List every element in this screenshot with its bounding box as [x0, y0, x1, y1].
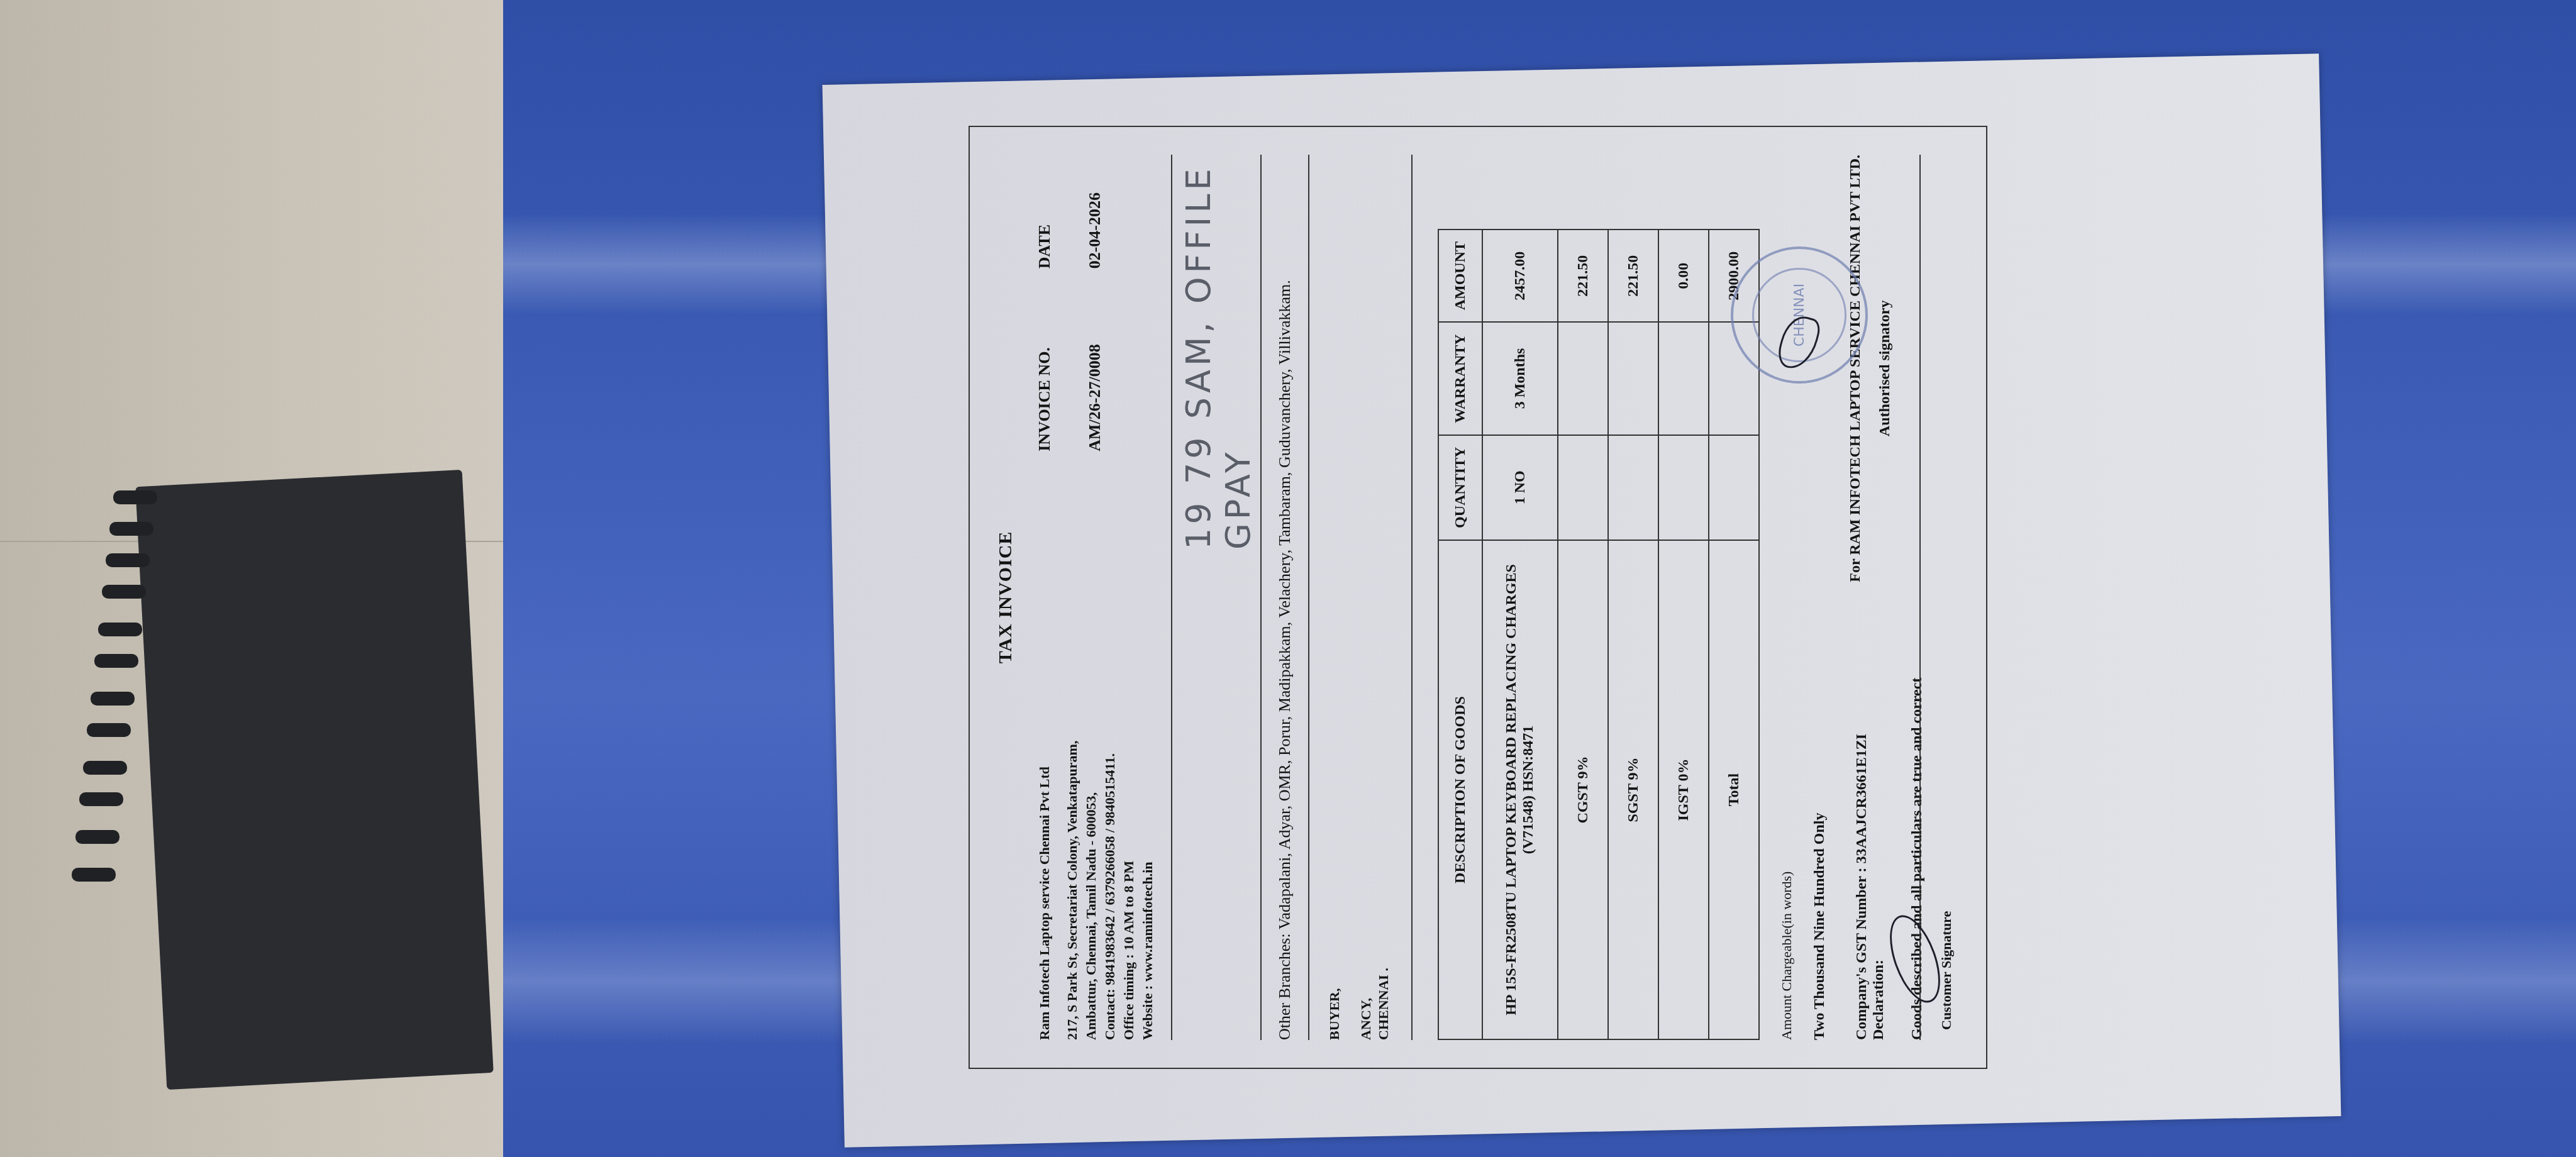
cell-quantity: [1558, 435, 1608, 540]
buyer-name: ANCY,: [1357, 155, 1375, 1040]
table-header-row: DESCRIPTION OF GOODS QUANTITY WARRANTY A…: [1438, 230, 1482, 1039]
mat-fringe: [106, 553, 150, 567]
company-address-1: 217, S Park St, Secretariat Colony, Venk…: [1063, 741, 1082, 1040]
gst-number: Company's GST Number : 33AAJCR3661E1ZI: [1853, 678, 1870, 1040]
invoice-page: TAX INVOICE Ram Infotech Laptop service …: [969, 126, 1924, 1132]
cell-description: IGST 0%: [1658, 540, 1709, 1039]
company-block: Ram Infotech Laptop service Chennai Pvt …: [1035, 741, 1157, 1040]
mat-fringe: [79, 792, 123, 806]
cell-amount: 221.50: [1608, 230, 1658, 322]
invoice-date-block: DATE 02-04-2026: [1035, 192, 1157, 268]
cell-amount: 221.50: [1558, 230, 1608, 322]
for-company: For RAM INFOTECH LAPTOP SERVICE CHENNAI …: [1847, 155, 1864, 582]
cell-description: CGST 9%: [1558, 540, 1608, 1039]
cell-warranty: [1658, 322, 1709, 435]
mat-fringe: [113, 490, 157, 504]
company-website: Website : www.raminfotech.in: [1138, 741, 1157, 1040]
buyer-label: BUYER,: [1326, 155, 1343, 1040]
invoice-date-label: DATE: [1035, 192, 1054, 268]
company-contact: Contact: 9841983642 / 6379266058 / 98405…: [1101, 741, 1119, 1040]
invoice-number-block: INVOICE NO. AM/26-27/0008: [1035, 344, 1157, 451]
company-name: Ram Infotech Laptop service Chennai Pvt …: [1035, 741, 1054, 1040]
invoice-meta: INVOICE NO. AM/26-27/0008 DATE 02-04-202…: [1035, 192, 1157, 451]
header-description: DESCRIPTION OF GOODS: [1438, 540, 1482, 1039]
cell-quantity: [1608, 435, 1658, 540]
invoice-number-label: INVOICE NO.: [1035, 344, 1054, 451]
other-branches: Other Branches: Vadapalani, Adyar, OMR, …: [1260, 155, 1309, 1040]
buyer-block: BUYER, ANCY, CHENNAI .: [1309, 155, 1413, 1040]
company-office-timing: Office timing : 10 AM to 8 PM: [1119, 741, 1138, 1040]
authorised-signatory: Authorised signatory: [1877, 155, 1894, 582]
cell-quantity: [1709, 435, 1759, 540]
mat-fringe: [91, 692, 135, 706]
signature-divider: [1919, 155, 1921, 1040]
cell-amount: 0.00: [1658, 230, 1709, 322]
table-row: SGST 9% 221.50: [1608, 230, 1658, 1039]
table-row: HP 15S-FR2508TU LAPTOP KEYBOARD REPLACIN…: [1482, 230, 1558, 1039]
mat-fringe: [75, 830, 119, 844]
mat-fringe: [102, 585, 146, 599]
company-address-2: Ambattur, Chennai, Tamil Nadu - 600053,: [1082, 741, 1101, 1040]
cell-warranty: [1558, 322, 1608, 435]
table-row: CGST 9% 221.50: [1558, 230, 1608, 1039]
cell-description: Total: [1709, 540, 1759, 1039]
mat-fringe: [87, 723, 131, 737]
buyer-city: CHENNAI .: [1375, 155, 1392, 1040]
invoice-header: Ram Infotech Laptop service Chennai Pvt …: [1035, 155, 1172, 1040]
invoice-number: AM/26-27/0008: [1085, 344, 1104, 451]
invoice-title: TAX INVOICE: [995, 155, 1016, 1040]
cell-warranty: [1608, 322, 1658, 435]
invoice-footer: Company's GST Number : 33AAJCR3661E1ZI D…: [1853, 155, 1926, 1040]
items-table: DESCRIPTION OF GOODS QUANTITY WARRANTY A…: [1438, 229, 1760, 1040]
handwritten-note: 19 79 SAM, OFFILE GPAY: [1179, 155, 1258, 550]
cell-description: HP 15S-FR2508TU LAPTOP KEYBOARD REPLACIN…: [1482, 540, 1558, 1039]
mat-fringe: [94, 654, 138, 668]
mat-fringe: [72, 868, 116, 882]
cell-quantity: 1 NO: [1482, 435, 1558, 540]
door-mat: [135, 470, 494, 1090]
invoice-date: 02-04-2026: [1085, 192, 1104, 268]
cell-description: SGST 9%: [1608, 540, 1658, 1039]
declaration-label: Declaration:: [1870, 678, 1887, 1040]
mat-fringe: [98, 623, 142, 636]
mat-fringe: [109, 522, 153, 536]
cell-quantity: [1658, 435, 1709, 540]
mat-fringe: [83, 761, 127, 775]
cell-amount: 2457.00: [1482, 230, 1558, 322]
table-row: IGST 0% 0.00: [1658, 230, 1709, 1039]
signatory-block: For RAM INFOTECH LAPTOP SERVICE CHENNAI …: [1853, 155, 1926, 582]
customer-signature-label: Customer Signature: [1938, 911, 1955, 1030]
header-amount: AMOUNT: [1438, 230, 1482, 322]
invoice-frame: TAX INVOICE Ram Infotech Laptop service …: [969, 126, 1987, 1069]
invoice-sheet: TAX INVOICE Ram Infotech Laptop service …: [969, 126, 1987, 1069]
header-warranty: WARRANTY: [1438, 322, 1482, 435]
cell-warranty: 3 Months: [1482, 322, 1558, 435]
header-quantity: QUANTITY: [1438, 435, 1482, 540]
